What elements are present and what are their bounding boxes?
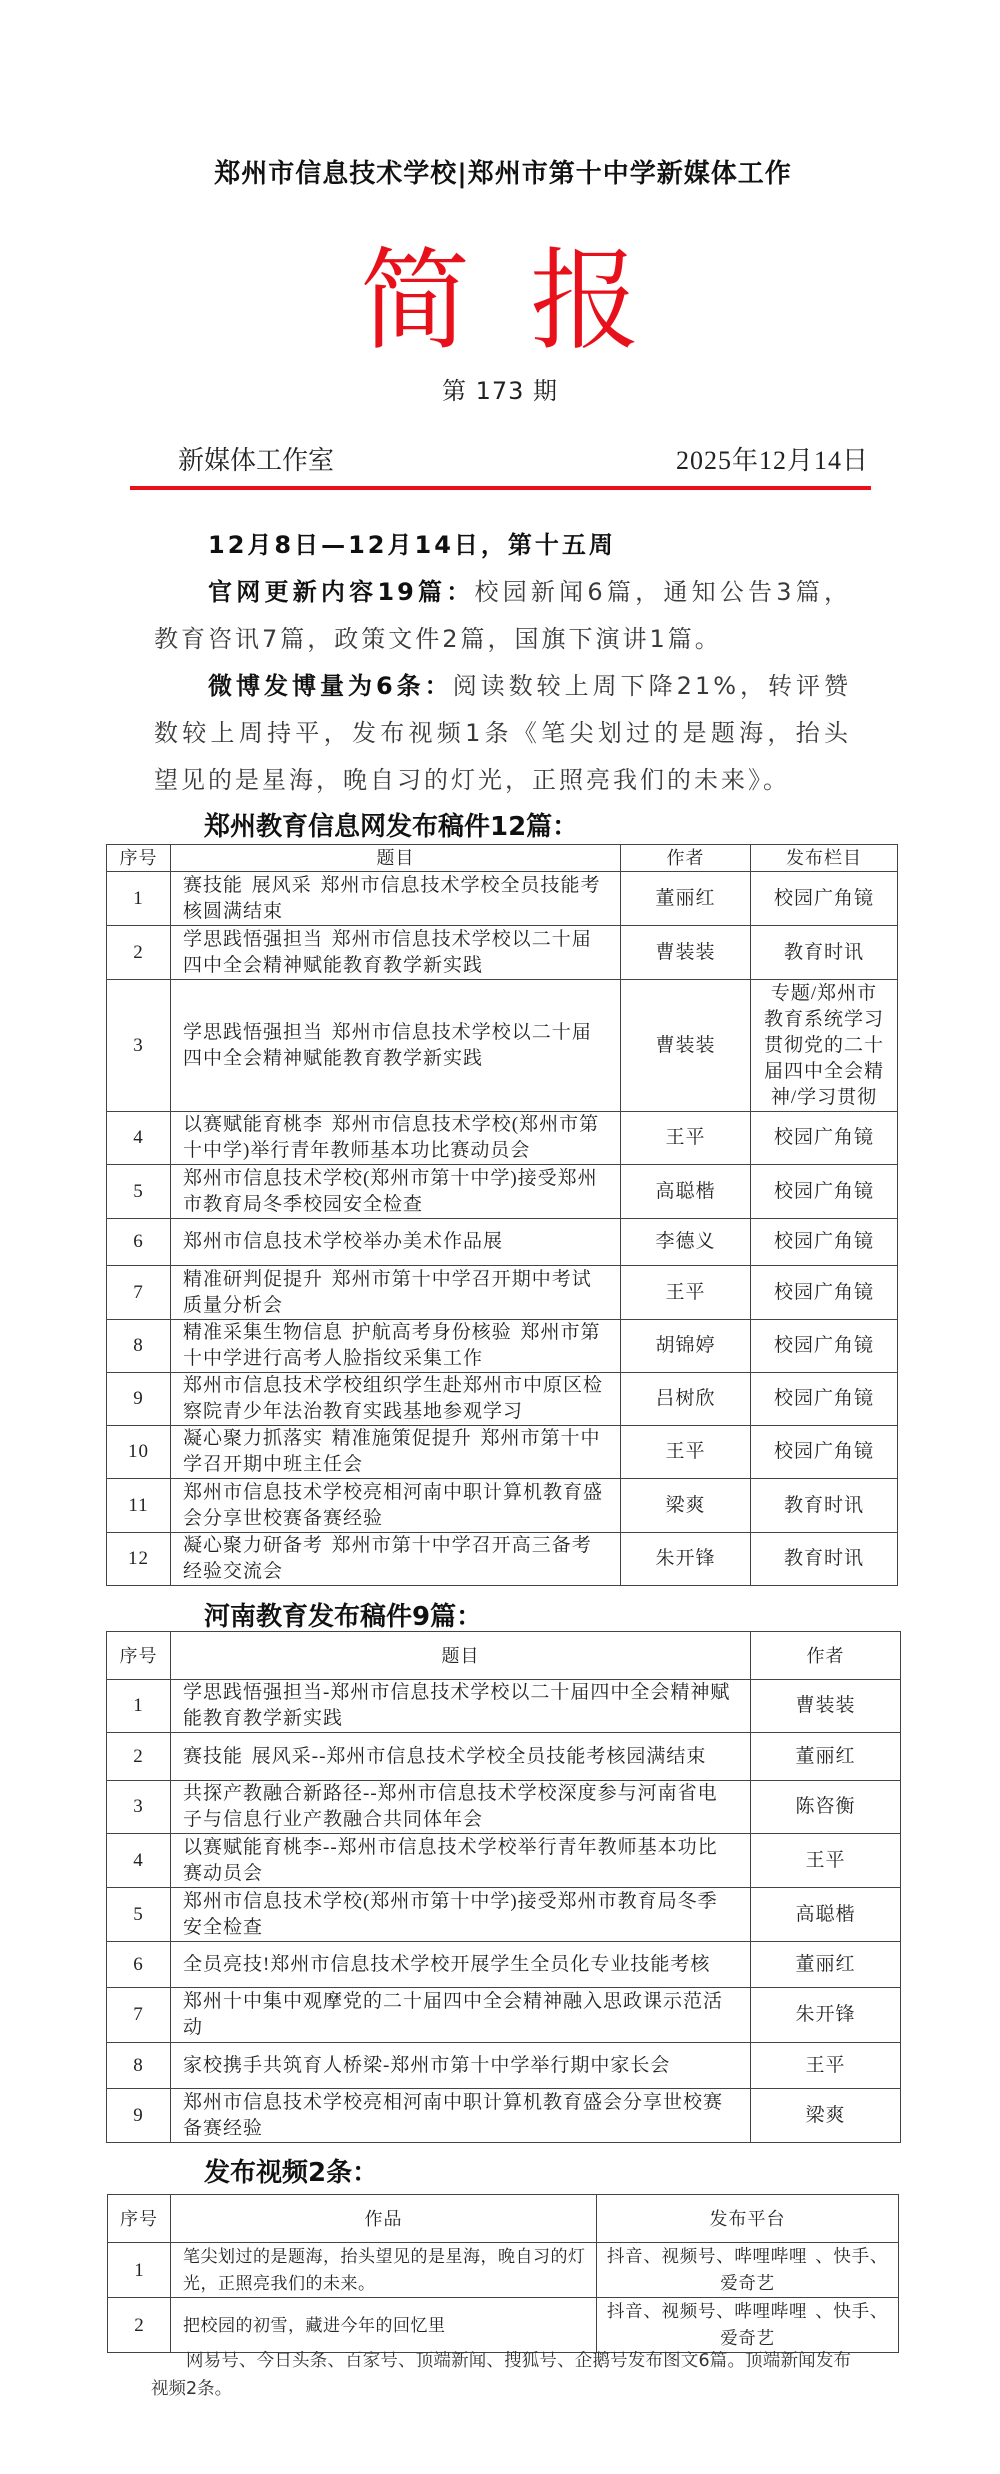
red-divider xyxy=(130,486,871,490)
cell-no: 6 xyxy=(107,1942,171,1988)
cell-work: 笔尖划过的是题海，抬头望见的是星海，晚自习的灯光，正照亮我们的未来。 xyxy=(171,2243,597,2298)
bulletin-title-char-2: 报 xyxy=(529,244,641,358)
cell-title: 郑州市信息技术学校亮相河南中职计算机教育盛会分享世校赛备赛经验 xyxy=(171,1479,621,1533)
table-row: 12 凝心聚力研备考 郑州市第十中学召开高三备考经验交流会 朱开锋 教育时讯 xyxy=(107,1533,898,1586)
cell-author: 李德义 xyxy=(621,1219,751,1266)
cell-no: 3 xyxy=(107,980,171,1112)
cell-author: 梁爽 xyxy=(751,2089,901,2143)
weibo-summary-line-2: 数较上周持平，发布视频1条《笔尖划过的是题海，抬头 xyxy=(154,710,851,757)
table-row: 1 赛技能 展风采 郑州市信息技术学校全员技能考核圆满结束 董丽红 校园广角镜 xyxy=(107,872,898,926)
weibo-summary-text: 阅读数较上周下降21%，转评赞 xyxy=(453,672,851,700)
office-name: 新媒体工作室 xyxy=(178,446,334,476)
cell-title: 凝心聚力研备考 郑州市第十中学召开高三备考经验交流会 xyxy=(171,1533,621,1586)
cell-title: 学思践悟强担当-郑州市信息技术学校以二十届四中全会精神赋能教育教学新实践 xyxy=(171,1680,751,1733)
table-row: 8 精准采集生物信息 护航高考身份核验 郑州市第十中学进行高考人脸指纹采集工作 … xyxy=(107,1320,898,1373)
header-no: 序号 xyxy=(107,845,171,872)
weibo-summary-line-3: 望见的是星海，晚自习的灯光，正照亮我们的未来》。 xyxy=(154,757,851,804)
cell-title: 郑州市信息技术学校组织学生赴郑州市中原区检察院青少年法治教育实践基地参观学习 xyxy=(171,1373,621,1426)
cell-author: 曹装装 xyxy=(621,980,751,1112)
cell-author: 王平 xyxy=(621,1112,751,1165)
cell-no: 5 xyxy=(107,1165,171,1219)
cell-title: 以赛赋能育桃李--郑州市信息技术学校举行青年教师基本功比赛动员会 xyxy=(171,1834,751,1888)
table-row: 5 郑州市信息技术学校(郑州市第十中学)接受郑州市教育局冬季安全检查 高聪楷 xyxy=(107,1888,901,1942)
table-row: 7 郑州十中集中观摩党的二十届四中全会精神融入思政课示范活动 朱开锋 xyxy=(107,1988,901,2043)
header-title: 题目 xyxy=(171,845,621,872)
cell-column: 校园广角镜 xyxy=(751,1266,898,1320)
table-row: 3 学思践悟强担当 郑州市信息技术学校以二十届四中全会精神赋能教育教学新实践 曹… xyxy=(107,980,898,1112)
cell-title: 郑州市信息技术学校举办美术作品展 xyxy=(171,1219,621,1266)
cell-title: 赛技能 展风采 郑州市信息技术学校全员技能考核圆满结束 xyxy=(171,872,621,926)
cell-no: 1 xyxy=(107,1680,171,1733)
cell-column: 校园广角镜 xyxy=(751,1219,898,1266)
cell-column: 校园广角镜 xyxy=(751,872,898,926)
cell-title: 共探产教融合新路径--郑州市信息技术学校深度参与河南省电子与信息行业产教融合共同… xyxy=(171,1781,751,1834)
weibo-summary-lead: 微博发博量为6条： xyxy=(208,672,453,700)
cell-column: 校园广角镜 xyxy=(751,1112,898,1165)
table-row: 9 郑州市信息技术学校组织学生赴郑州市中原区检察院青少年法治教育实践基地参观学习… xyxy=(107,1373,898,1426)
issue-number: 第 173 期 xyxy=(0,376,1000,406)
cell-column: 教育时讯 xyxy=(751,1533,898,1586)
cell-author: 王平 xyxy=(621,1266,751,1320)
table-row: 9 郑州市信息技术学校亮相河南中职计算机教育盛会分享世校赛备赛经验 梁爽 xyxy=(107,2089,901,2143)
table-row: 6 全员亮技!郑州市信息技术学校开展学生全员化专业技能考核 董丽红 xyxy=(107,1942,901,1988)
cell-title: 学思践悟强担当 郑州市信息技术学校以二十届四中全会精神赋能教育教学新实践 xyxy=(171,980,621,1112)
table-header-row: 序号 题目 作者 xyxy=(107,1632,901,1680)
cell-title: 凝心聚力抓落实 精准施策促提升 郑州市第十中学召开期中班主任会 xyxy=(171,1426,621,1479)
cell-no: 7 xyxy=(107,1988,171,2043)
cell-title: 学思践悟强担当 郑州市信息技术学校以二十届四中全会精神赋能教育教学新实践 xyxy=(171,926,621,980)
cell-no: 2 xyxy=(107,926,171,980)
videos-table: 序号 作品 发布平台 1 笔尖划过的是题海，抬头望见的是星海，晚自习的灯光，正照… xyxy=(107,2194,899,2353)
bulletin-title-char-1: 简 xyxy=(359,244,471,358)
cell-author: 陈咨衡 xyxy=(751,1781,901,1834)
cell-no: 1 xyxy=(107,872,171,926)
table-row: 2 赛技能 展风采--郑州市信息技术学校全员技能考核园满结束 董丽红 xyxy=(107,1733,901,1781)
cell-no: 9 xyxy=(107,1373,171,1426)
cell-column: 专题/郑州市教育系统学习贯彻党的二十届四中全会精神/学习贯彻 xyxy=(751,980,898,1112)
cell-column: 校园广角镜 xyxy=(751,1373,898,1426)
header-no: 序号 xyxy=(107,1632,171,1680)
cell-no: 1 xyxy=(108,2243,171,2298)
cell-title: 郑州市信息技术学校(郑州市第十中学)接受郑州市教育局冬季安全检查 xyxy=(171,1888,751,1942)
header-author: 作者 xyxy=(621,845,751,872)
cell-title: 精准采集生物信息 护航高考身份核验 郑州市第十中学进行高考人脸指纹采集工作 xyxy=(171,1320,621,1373)
cell-author: 高聪楷 xyxy=(751,1888,901,1942)
cell-title: 家校携手共筑育人桥梁-郑州市第十中学举行期中家长会 xyxy=(171,2043,751,2089)
header-title: 题目 xyxy=(171,1632,751,1680)
cell-title: 以赛赋能育桃李 郑州市信息技术学校(郑州市第十中学)举行青年教师基本功比赛动员会 xyxy=(171,1112,621,1165)
cell-platforms: 抖音、视频号、哔哩哔哩 、快手、爱奇艺 xyxy=(597,2243,899,2298)
cell-work: 把校园的初雪，藏进今年的回忆里 xyxy=(171,2298,597,2353)
cell-author: 朱开锋 xyxy=(751,1988,901,2043)
cell-author: 高聪楷 xyxy=(621,1165,751,1219)
table-row: 10 凝心聚力抓落实 精准施策促提升 郑州市第十中学召开期中班主任会 王平 校园… xyxy=(107,1426,898,1479)
website-summary-text: 校园新闻6篇，通知公告3篇， xyxy=(474,578,851,606)
cell-platforms: 抖音、视频号、哔哩哔哩 、快手、爱奇艺 xyxy=(597,2298,899,2353)
cell-no: 12 xyxy=(107,1533,171,1586)
table-row: 5 郑州市信息技术学校(郑州市第十中学)接受郑州市教育局冬季校园安全检查 高聪楷… xyxy=(107,1165,898,1219)
website-summary-lead: 官网更新内容19篇： xyxy=(208,578,474,606)
website-summary-line-2: 教育咨讯7篇，政策文件2篇，国旗下演讲1篇。 xyxy=(154,616,851,663)
table-row: 2 把校园的初雪，藏进今年的回忆里 抖音、视频号、哔哩哔哩 、快手、爱奇艺 xyxy=(108,2298,899,2353)
cell-no: 9 xyxy=(107,2089,171,2143)
cell-no: 10 xyxy=(107,1426,171,1479)
cell-author: 吕树欣 xyxy=(621,1373,751,1426)
henan-edu-heading: 河南教育发布稿件9篇： xyxy=(204,1600,482,1634)
bulletin-page: 郑州市信息技术学校|郑州市第十中学新媒体工作 简 报 第 173 期 新媒体工作… xyxy=(0,0,1000,2474)
cell-title: 精准研判促提升 郑州市第十中学召开期中考试质量分析会 xyxy=(171,1266,621,1320)
cell-no: 8 xyxy=(107,1320,171,1373)
cell-title: 赛技能 展风采--郑州市信息技术学校全员技能考核园满结束 xyxy=(171,1733,751,1781)
cell-author: 董丽红 xyxy=(751,1942,901,1988)
header-column: 发布栏目 xyxy=(751,845,898,872)
cell-no: 2 xyxy=(108,2298,171,2353)
cell-author: 王平 xyxy=(621,1426,751,1479)
cell-column: 教育时讯 xyxy=(751,926,898,980)
website-summary-line-1: 官网更新内容19篇：校园新闻6篇，通知公告3篇， xyxy=(208,569,851,616)
cell-author: 王平 xyxy=(751,1834,901,1888)
table-header-row: 序号 作品 发布平台 xyxy=(108,2195,899,2243)
table-row: 2 学思践悟强担当 郑州市信息技术学校以二十届四中全会精神赋能教育教学新实践 曹… xyxy=(107,926,898,980)
cell-no: 2 xyxy=(107,1733,171,1781)
table-row: 6 郑州市信息技术学校举办美术作品展 李德义 校园广角镜 xyxy=(107,1219,898,1266)
cell-no: 4 xyxy=(107,1112,171,1165)
table-header-row: 序号 题目 作者 发布栏目 xyxy=(107,845,898,872)
footer-note-line-1: 网易号、今日头条、百家号、顶端新闻、搜狐号、企鹅号发布图文6篇。顶端新闻发布 xyxy=(186,2347,851,2375)
table-row: 4 以赛赋能育桃李--郑州市信息技术学校举行青年教师基本功比赛动员会 王平 xyxy=(107,1834,901,1888)
publish-date: 2025年12月14日 xyxy=(676,446,869,476)
cell-no: 11 xyxy=(107,1479,171,1533)
header-platform: 发布平台 xyxy=(597,2195,899,2243)
cell-no: 7 xyxy=(107,1266,171,1320)
cell-title: 全员亮技!郑州市信息技术学校开展学生全员化专业技能考核 xyxy=(171,1942,751,1988)
table-row: 8 家校携手共筑育人桥梁-郑州市第十中学举行期中家长会 王平 xyxy=(107,2043,901,2089)
cell-column: 校园广角镜 xyxy=(751,1426,898,1479)
table-row: 7 精准研判促提升 郑州市第十中学召开期中考试质量分析会 王平 校园广角镜 xyxy=(107,1266,898,1320)
zhengzhou-edu-heading: 郑州教育信息网发布稿件12篇： xyxy=(204,810,578,844)
table-row: 4 以赛赋能育桃李 郑州市信息技术学校(郑州市第十中学)举行青年教师基本功比赛动… xyxy=(107,1112,898,1165)
cell-author: 朱开锋 xyxy=(621,1533,751,1586)
cell-column: 校园广角镜 xyxy=(751,1320,898,1373)
cell-no: 8 xyxy=(107,2043,171,2089)
cell-title: 郑州市信息技术学校(郑州市第十中学)接受郑州市教育局冬季校园安全检查 xyxy=(171,1165,621,1219)
weibo-summary-line-1: 微博发博量为6条：阅读数较上周下降21%，转评赞 xyxy=(208,663,851,710)
cell-no: 5 xyxy=(107,1888,171,1942)
cell-author: 曹装装 xyxy=(751,1680,901,1733)
cell-author: 董丽红 xyxy=(751,1733,901,1781)
org-title: 郑州市信息技术学校|郑州市第十中学新媒体工作 xyxy=(0,158,1000,190)
footer-note-line-2: 视频2条。 xyxy=(151,2375,851,2403)
table-row: 1 笔尖划过的是题海，抬头望见的是星海，晚自习的灯光，正照亮我们的未来。 抖音、… xyxy=(108,2243,899,2298)
header-no: 序号 xyxy=(108,2195,171,2243)
cell-no: 6 xyxy=(107,1219,171,1266)
videos-heading: 发布视频2条： xyxy=(204,2156,378,2190)
cell-title: 郑州市信息技术学校亮相河南中职计算机教育盛会分享世校赛备赛经验 xyxy=(171,2089,751,2143)
cell-author: 董丽红 xyxy=(621,872,751,926)
cell-no: 3 xyxy=(107,1781,171,1834)
cell-author: 梁爽 xyxy=(621,1479,751,1533)
cell-author: 王平 xyxy=(751,2043,901,2089)
cell-column: 校园广角镜 xyxy=(751,1165,898,1219)
cell-author: 曹装装 xyxy=(621,926,751,980)
week-line: 12月8日—12月14日，第十五周 xyxy=(208,522,851,569)
table-row: 3 共探产教融合新路径--郑州市信息技术学校深度参与河南省电子与信息行业产教融合… xyxy=(107,1781,901,1834)
table-row: 11 郑州市信息技术学校亮相河南中职计算机教育盛会分享世校赛备赛经验 梁爽 教育… xyxy=(107,1479,898,1533)
header-author: 作者 xyxy=(751,1632,901,1680)
cell-author: 胡锦婷 xyxy=(621,1320,751,1373)
header-work: 作品 xyxy=(171,2195,597,2243)
table-row: 1 学思践悟强担当-郑州市信息技术学校以二十届四中全会精神赋能教育教学新实践 曹… xyxy=(107,1680,901,1733)
cell-title: 郑州十中集中观摩党的二十届四中全会精神融入思政课示范活动 xyxy=(171,1988,751,2043)
zhengzhou-edu-table: 序号 题目 作者 发布栏目 1 赛技能 展风采 郑州市信息技术学校全员技能考核圆… xyxy=(106,844,898,1586)
cell-no: 4 xyxy=(107,1834,171,1888)
cell-column: 教育时讯 xyxy=(751,1479,898,1533)
henan-edu-table: 序号 题目 作者 1 学思践悟强担当-郑州市信息技术学校以二十届四中全会精神赋能… xyxy=(106,1631,901,2143)
